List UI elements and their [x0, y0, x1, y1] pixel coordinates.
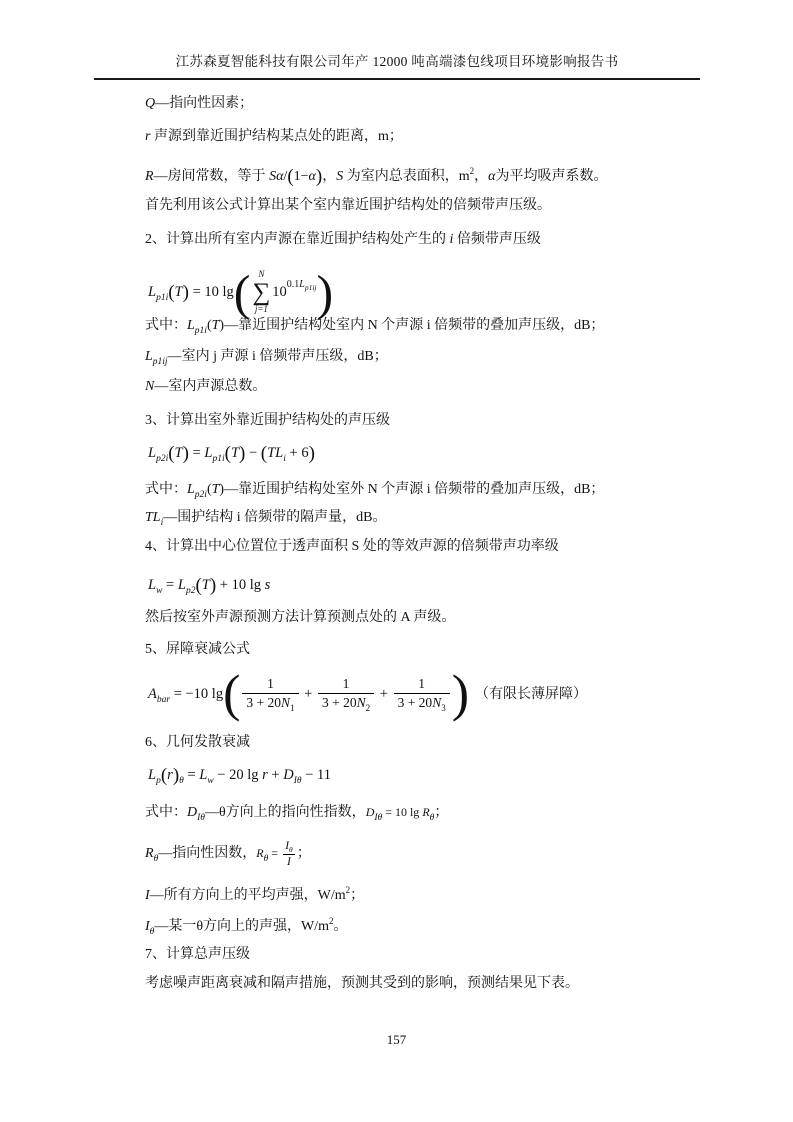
- cjk-text: 几何发散衰减: [166, 735, 250, 750]
- cjk-text: 计算出中心位置位于透声面积 S 处的等效声源的倍频带声功率级: [166, 539, 559, 554]
- fraction-Itheta-I: IθI: [283, 839, 295, 870]
- var-N: N: [432, 695, 441, 710]
- line-legend-TLi: TLi—围护结构 i 倍频带的隔声量，dB。: [145, 502, 701, 534]
- cjk-text: —室内 j 声源 i 倍频带声压级，dB；: [168, 349, 388, 364]
- line-item-4: 4、计算出中心位置位于透声面积 S 处的等效声源的倍频带声功率级: [145, 531, 701, 563]
- var-D: D: [283, 767, 293, 783]
- cjk-text: —室内声源总数。: [154, 379, 266, 394]
- line-item-7: 7、计算总声压级: [145, 939, 701, 971]
- subscript-p1i: p1i: [156, 293, 168, 303]
- line-room-constant: R—房间常数，等于 Sα/(1−α)，S 为室内总表面积，m2，α为平均吸声系数…: [145, 155, 701, 187]
- var-TL: TL: [267, 445, 283, 461]
- cjk-text: 屏障衰减公式: [166, 642, 250, 657]
- line-item-2: 2、计算出所有室内声源在靠近围护结构处产生的 i 倍频带声压级: [145, 224, 701, 256]
- subscript-bar: bar: [157, 695, 170, 705]
- line-after-item4: 然后按室外声源预测方法计算预测点处的 A 声级。: [145, 602, 701, 634]
- denominator: 3 + 20N1: [242, 693, 298, 715]
- cjk-text: ；: [297, 846, 311, 861]
- subscript-p2i: p2i: [156, 454, 168, 464]
- subscript-p1i: p1i: [195, 326, 207, 336]
- formula-lp1i-sum: Lp1i(T) = 10 lg(N∑j=1100.1Lp1ij): [145, 254, 704, 316]
- report-page: 江苏森夏智能科技有限公司年产 12000 吨高端漆包线项目环境影响报告书 Q—指…: [0, 0, 793, 1122]
- cjk-text: —房间常数，等于: [154, 169, 270, 184]
- fraction-2: 13 + 20N2: [318, 675, 374, 714]
- formula-lp2i: Lp2i(T) = Lp1i(T) − (TLi + 6): [145, 435, 704, 471]
- cjk-text: —靠近围护结构处室内 N 个声源 i 倍频带的叠加声压级，dB；: [224, 318, 604, 333]
- line-legend-lp1i: 式中：Lp1i(T)—靠近围护结构处室内 N 个声源 i 倍频带的叠加声压级，d…: [145, 310, 701, 342]
- formula-lpr: Lp(r)θ = Lw − 20 lg r + DIθ − 11: [145, 757, 704, 793]
- subscript-Itheta: Iθ: [294, 776, 302, 786]
- plus-6: + 6: [286, 445, 309, 461]
- var-D: D: [187, 805, 197, 820]
- denominator: 3 + 20N2: [318, 693, 374, 715]
- den-text: 3 + 20: [322, 695, 357, 710]
- formula-lw: Lw = Lp2(T) + 10 lg s: [145, 567, 704, 603]
- cjk-text: 为室内总表面积，m: [343, 169, 469, 184]
- var-N: N: [145, 379, 154, 394]
- var-R: R: [256, 846, 263, 860]
- operator-eq-10lg: = 10 lg: [382, 805, 422, 819]
- label-shizhong: 式中：: [145, 482, 187, 497]
- cjk-text: ；: [350, 888, 364, 903]
- cjk-text: —θ方向上的指向性指数，: [205, 805, 366, 820]
- subscript-Itheta: Iθ: [197, 813, 205, 823]
- numerator: 1: [418, 675, 425, 693]
- cjk-text: —指向性因素；: [155, 96, 253, 111]
- label-shizhong: 式中：: [145, 318, 187, 333]
- var-T: T: [202, 577, 210, 593]
- var-N: N: [281, 695, 290, 710]
- item-number: 6、: [145, 735, 166, 750]
- minus-11: − 11: [302, 767, 331, 783]
- inline-formula-D: DIθ = 10 lg Rθ: [366, 805, 435, 819]
- var-alpha: α: [309, 169, 316, 184]
- base-10: 10: [272, 284, 287, 300]
- line-intro: 首先利用该公式计算出某个室内靠近围护结构处的倍频带声压级。: [145, 190, 701, 222]
- fraction-1: 13 + 20N1: [242, 675, 298, 714]
- operator-plus: +: [376, 686, 391, 702]
- subscript-p1ij: p1ij: [305, 283, 317, 292]
- subscript-1: 1: [290, 703, 295, 713]
- var-T: T: [175, 445, 183, 461]
- operator-eq-neg10lg: = −10 lg: [170, 686, 223, 702]
- var-L: L: [178, 577, 186, 593]
- denominator: 3 + 20N3: [394, 693, 450, 715]
- var-L: L: [187, 318, 195, 333]
- subscript-p1ij: p1ij: [153, 357, 168, 367]
- var-L: L: [145, 349, 153, 364]
- operator-plus: +: [268, 767, 283, 783]
- var-s: s: [265, 577, 271, 593]
- cjk-text: 计算出所有室内声源在靠近围护结构处产生的: [166, 232, 450, 247]
- operator-equals: =: [162, 577, 177, 593]
- subscript-theta: θ: [289, 845, 293, 854]
- subscript-2: 2: [366, 703, 371, 713]
- item-number: 4、: [145, 539, 166, 554]
- operator-equals: =: [268, 846, 281, 860]
- big-paren-close: ): [452, 666, 469, 723]
- cjk-text: —靠近围护结构处室外 N 个声源 i 倍频带的叠加声压级，dB；: [224, 482, 604, 497]
- den-text: 3 + 20: [398, 695, 433, 710]
- var-T: T: [231, 445, 239, 461]
- line-item-5: 5、屏障衰减公式: [145, 634, 701, 666]
- operator-equals: =: [189, 445, 204, 461]
- exponent: 0.1Lp1ij: [287, 279, 317, 290]
- exp-coef: 0.1: [287, 279, 300, 290]
- operator-minus: −: [245, 445, 260, 461]
- line-q-factor: Q—指向性因素；: [145, 88, 701, 120]
- plus-10lg: + 10 lg: [216, 577, 264, 593]
- line-legend-I: I—所有方向上的平均声强，W/m2；: [145, 874, 701, 906]
- summation: N∑j=1: [252, 270, 270, 315]
- cjk-text: 计算总声压级: [166, 947, 250, 962]
- line-legend-lp1ij: Lp1ij—室内 j 声源 i 倍频带声压级，dB；: [145, 341, 701, 373]
- line-legend-Rtheta: Rθ—指向性因数，Rθ = IθI；: [145, 830, 701, 876]
- line-r-distance: r 声源到靠近围护结构某点处的距离，m；: [145, 121, 701, 153]
- label-shizhong: 式中：: [145, 805, 187, 820]
- line-legend-N: N—室内声源总数。: [145, 371, 701, 403]
- cjk-text: ，: [322, 169, 336, 184]
- var-S: S: [269, 169, 276, 184]
- inline-formula-R: Rθ = IθI: [256, 846, 297, 860]
- cjk-text: 声源到靠近围护结构某点处的距离，m；: [150, 129, 402, 144]
- item-number: 3、: [145, 413, 166, 428]
- subscript-p1i: p1i: [212, 454, 224, 464]
- cjk-text: 倍频带声压级: [453, 232, 541, 247]
- subscript-p2i: p2i: [195, 490, 207, 500]
- numerator: 1: [267, 675, 274, 693]
- cjk-text: —所有方向上的平均声强，W/m: [150, 888, 346, 903]
- var-L: L: [148, 767, 156, 783]
- var-A: A: [148, 686, 157, 702]
- operator-plus: +: [301, 686, 316, 702]
- number-one-minus: 1−: [294, 169, 309, 184]
- subscript-3: 3: [441, 703, 446, 713]
- var-L: L: [187, 482, 195, 497]
- cjk-text: 考虑噪声距离衰减和隔声措施，预测其受到的影响，预测结果见下表。: [145, 976, 579, 991]
- sigma-icon: ∑: [252, 280, 270, 305]
- cjk-text: —指向性因数，: [158, 846, 256, 861]
- line-item-6: 6、几何发散衰减: [145, 727, 701, 759]
- cjk-text: 为平均吸声系数。: [495, 169, 607, 184]
- paren-close: ): [309, 443, 315, 464]
- big-paren-open: (: [223, 666, 240, 723]
- subscript-p2: p2: [186, 586, 196, 596]
- var-Q: Q: [145, 96, 155, 111]
- cjk-text: —围护结构 i 倍频带的隔声量，dB。: [163, 510, 386, 525]
- var-N: N: [357, 695, 366, 710]
- cjk-text: —某一θ方向上的声强，W/m: [154, 919, 329, 934]
- item-number: 7、: [145, 947, 166, 962]
- formula-note: （有限长薄屏障）: [475, 687, 587, 702]
- page-number: 157: [0, 1032, 793, 1048]
- cjk-text: 计算出室外靠近围护结构处的声压级: [166, 413, 390, 428]
- var-L: L: [148, 577, 156, 593]
- cjk-text: 首先利用该公式计算出某个室内靠近围护结构处的倍频带声压级。: [145, 198, 551, 213]
- cjk-text: 然后按室外声源预测方法计算预测点处的 A 声级。: [145, 610, 455, 625]
- var-R: R: [145, 169, 154, 184]
- item-number: 2、: [145, 232, 166, 247]
- formula-abar: Abar = −10 lg(13 + 20N1 + 13 + 20N2 + 13…: [145, 663, 704, 725]
- page-header-title: 江苏森夏智能科技有限公司年产 12000 吨高端漆包线项目环境影响报告书: [94, 54, 700, 80]
- line-final: 考虑噪声距离衰减和隔声措施，预测其受到的影响，预测结果见下表。: [145, 968, 701, 1000]
- operator-minus-20lg: − 20 lg: [214, 767, 262, 783]
- operator-eq-10lg: = 10 lg: [189, 284, 234, 300]
- operator-equals: =: [184, 767, 199, 783]
- denominator: I: [283, 854, 295, 869]
- fraction-3: 13 + 20N3: [394, 675, 450, 714]
- numerator: Iθ: [285, 839, 293, 854]
- line-legend-Itheta: Iθ—某一θ方向上的声强，W/m2。: [145, 905, 701, 937]
- numerator: 1: [343, 675, 350, 693]
- cjk-text: ；: [434, 805, 448, 820]
- var-L: L: [148, 284, 156, 300]
- den-text: 3 + 20: [246, 695, 281, 710]
- line-item-3: 3、计算出室外靠近围护结构处的声压级: [145, 405, 701, 437]
- line-legend-Dtheta: 式中：DIθ—θ方向上的指向性指数，DIθ = 10 lg Rθ；: [145, 794, 701, 830]
- var-L: L: [148, 445, 156, 461]
- cjk-text: ，: [474, 169, 488, 184]
- item-number: 5、: [145, 642, 166, 657]
- var-R: R: [145, 846, 154, 861]
- cjk-text: 。: [334, 919, 348, 934]
- var-TL: TL: [145, 510, 161, 525]
- var-T: T: [175, 284, 183, 300]
- var-R: R: [422, 805, 429, 819]
